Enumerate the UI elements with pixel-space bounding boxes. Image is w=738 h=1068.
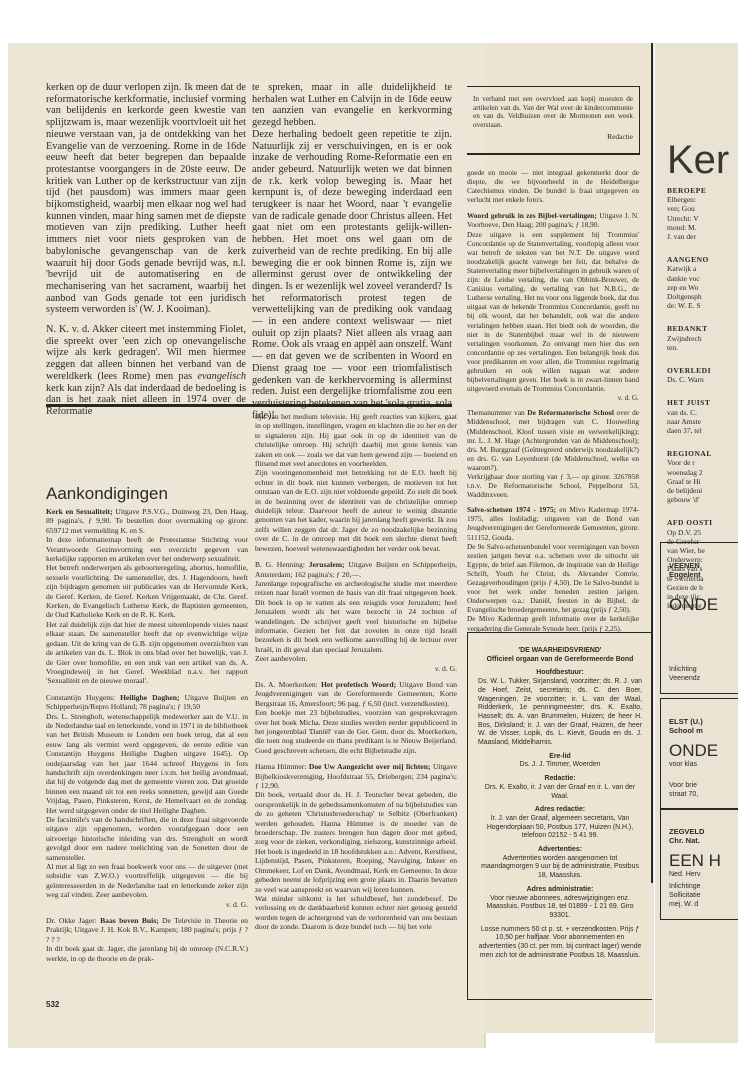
announcement-entry: Themanummer van De Reformatorische Schoo… [467, 408, 639, 499]
right-page-entry: AANGENOKatwijk adankte voczep en WoDoltg… [667, 255, 738, 310]
article-paragraph-3: te spreken, maar in alle duidelijkheid t… [252, 82, 452, 129]
job-ad-box: VEENENEngelentONDEInlichtingVeenendz [660, 542, 738, 694]
announcement-title: Jerusalem; [309, 560, 345, 569]
job-ad-footer-line: Voor brie [669, 781, 698, 790]
announcement-author: Hanna Hümmer: [255, 762, 309, 771]
masthead-section: Losse nummers 50 ct p. st. + verzendkost… [478, 926, 642, 961]
right-page-entry-line: naar Amste [667, 417, 738, 426]
article-paragraph-1: kerken op de duur verlopen zijn. Ik meen… [46, 82, 246, 316]
right-page-entry-line: Voor de r [667, 458, 738, 467]
job-ad-box: ELST (U.)School mONDEvoor klasVoor bries… [660, 698, 738, 810]
right-page-entry: BEROEPEElbergen:ven; GouUtrecht: Vmond: … [667, 186, 738, 241]
right-page-entry-title: OVERLEDI [667, 366, 738, 375]
right-page-entry-line: ven; Gou [667, 204, 738, 213]
masthead-section-text: Ds. J. J. Timmer, Woerden [478, 761, 642, 770]
announcement-body: De 9e Salvo-schetsenbundel voor verenigi… [467, 542, 639, 615]
notice-box: In verband met een overvloed aan kopij m… [467, 86, 640, 155]
right-page-entry-line: gebouw 'd' [667, 495, 738, 504]
masthead-title: 'DE WAARHEIDSVRIEND' [478, 647, 642, 656]
masthead-section: Redactie:Drs. K. Exalto, ir. J van der G… [478, 775, 642, 801]
announcement-entry: Woord gebruik in zes Bijbel-vertalingen;… [467, 211, 639, 402]
article-column-1: kerken op de duur verlopen zijn. Ik meen… [46, 82, 246, 418]
section-heading: Aankondigingen [46, 484, 168, 504]
right-page-entry-title: AANGENO [667, 255, 738, 264]
announcement-title: Woord gebruik in zes Bijbel-vertalingen; [467, 211, 597, 220]
announcement-entry: Constantijn Huygens: Heilighe Daghen; Ui… [46, 693, 248, 909]
announcement-title: Doe Uw Aangezicht over mij lichten; [309, 762, 431, 771]
announcement-header: Ds. A. Moerkerken: Het profetisch Woord;… [255, 680, 457, 708]
announcement-header: Woord gebruik in zes Bijbel-vertalingen;… [467, 211, 639, 229]
announcement-title: Het profetisch Woord; [321, 680, 396, 689]
announcement-author: B. G. Henning: [255, 560, 309, 569]
announcement-title: Heilighe Daghen; [120, 693, 179, 702]
right-page-heading: Ker [667, 138, 729, 183]
announcement-title: Salvo-schetsen 1974 - 1975; [467, 505, 556, 514]
masthead-section: Ere-lidDs. J. J. Timmer, Woerden [478, 753, 642, 770]
announcements-column-3: goede en mooie — niet integraal gekenmer… [467, 168, 639, 633]
job-ad-place: ZEGVELD [669, 827, 704, 836]
job-ad-footer: Voor briestraat 70, [669, 781, 698, 799]
job-ad-footer: InlichtingeSollicitatiemej. W. d [669, 882, 701, 909]
announcement-title: Baas boven Buis; [100, 916, 159, 925]
announcement-body: Al met al ligt zo een fraai boekwerk voo… [46, 862, 248, 900]
announcement-title: De Reformatorische School [527, 408, 614, 417]
right-page-entry-line: Elbergen: [667, 195, 738, 204]
job-ad-headline: EEN H [669, 851, 721, 871]
masthead-section-text: Advertenties worden aangenomen tot maand… [478, 855, 642, 881]
announcement-body: De Mivo Kadermap geeft informatie over d… [467, 614, 639, 632]
announcement-author: Ds. A. Moerkerken: [255, 680, 321, 689]
right-page-entry-line: Katwijk a [667, 264, 738, 273]
article-paragraph-4: Deze herhaling bedoelt geen repetitie te… [252, 129, 452, 422]
right-page-entry-line: daen 37, tel [667, 426, 738, 435]
announcements-column-1: Kerk en Sexualiteit; Uitgave P.S.V.G., D… [46, 507, 248, 963]
job-ad-headline: ONDE [669, 595, 718, 615]
announcement-entry: Ds. A. Moerkerken: Het profetisch Woord;… [255, 680, 457, 755]
right-page-entry-title: HET JUIST [667, 398, 738, 407]
announcement-entry: tijk van het medium televisie. Hij geeft… [255, 412, 457, 553]
right-page-entry-line: zep en Wo [667, 283, 738, 292]
notice-text: In verband met een overvloed aan kopij m… [473, 95, 633, 129]
masthead-section-text: Ir. J. van der Graaf, algemeen secretari… [478, 815, 642, 841]
right-page-entry-line: Doltgensph [667, 292, 738, 301]
masthead-section-text: Losse nummers 50 ct p. st. + verzendkost… [478, 926, 642, 961]
right-page-entry-line: van ds. C. [667, 408, 738, 417]
announcement-body: Verkrijgbaar door storting van ƒ 3,— op … [467, 472, 639, 499]
right-page-entry-line: Ds. C. Warn [667, 375, 738, 384]
announcement-body: Het betreft onderwerpen als geboorterege… [46, 563, 248, 619]
column-3-continuation: goede en mooie — niet integraal gekenmer… [467, 168, 639, 204]
announcement-entry: B. G. Henning: Jerusalem; Uitgave Buijte… [255, 560, 457, 673]
announcement-header: Themanummer van De Reformatorische Schoo… [467, 408, 639, 472]
right-page-entry: HET JUISTvan ds. C.naar Amstedaen 37, te… [667, 398, 738, 435]
announcement-body: In dit boek gaat dr. Jager, die jarenlan… [46, 944, 248, 963]
masthead-section: Adres administratie:Voor nieuwe abonnees… [478, 886, 642, 921]
announcement-body: In deze informatiemap heeft de Protestan… [46, 535, 248, 563]
masthead-section: Adres redactie:Ir. J. van der Graaf, alg… [478, 806, 642, 841]
right-page-entry-line: de belijdeni [667, 486, 738, 495]
right-page-entry-line: Zwijndrech [667, 334, 738, 343]
announcements-column-2: tijk van het medium televisie. Hij geeft… [255, 412, 457, 932]
announcement-header: B. G. Henning: Jerusalem; Uitgave Buijte… [255, 560, 457, 579]
right-page-entry-line: woensdag 2 [667, 468, 738, 477]
announcement-header: Hanna Hümmer: Doe Uw Aangezicht over mij… [255, 762, 457, 790]
job-ad-footer-line: Veenendz [669, 674, 700, 683]
job-ad-place: ELST (U.) [669, 717, 703, 726]
announcement-details: over de Middenschool, met bijdragen van … [467, 408, 639, 472]
right-page-entry: OVERLEDIDs. C. Warn [667, 366, 738, 384]
announcement-body: Deze uitgave is een supplement bij Tromm… [467, 230, 639, 394]
announcement-title: Kerk en Sexualiteit; [46, 507, 113, 516]
job-ad-sub: Chr. Nat. [669, 836, 700, 845]
announcement-header: Kerk en Sexualiteit; Uitgave P.S.V.G., D… [46, 507, 248, 535]
announcement-header: Salvo-schetsen 1974 - 1975; en Mivo Kade… [467, 505, 639, 541]
announcement-entry: Salvo-schetsen 1974 - 1975; en Mivo Kade… [467, 505, 639, 632]
announcement-entry: Dr. Okke Jager: Baas boven Buis; De Tele… [46, 916, 248, 963]
announcement-author: Constantijn Huygens: [46, 693, 120, 702]
masthead-section-heading: Advertenties: [478, 846, 642, 855]
masthead-section-heading: Hoofdbestuur: [478, 669, 642, 678]
right-page-entry: REGIONALVoor de rwoensdag 2Graaf te Hide… [667, 449, 738, 504]
announcement-body: Een boekje met 23 bijbelstudies, voorzie… [255, 708, 457, 755]
job-ad-place: VEENEN [669, 561, 700, 570]
announcement-body: Het zal duidelijk zijn dat hier de meest… [46, 620, 248, 686]
job-ad-extra: Ned. Herv [669, 871, 701, 878]
masthead-section-text: Ds. W. L. Tukker, Sirjansland, voorzitte… [478, 678, 642, 748]
announcement-entry: Hanna Hümmer: Doe Uw Aangezicht over mij… [255, 762, 457, 931]
right-page-entry-title: AFD OOSTI [667, 518, 738, 527]
right-page-entry-line: Op D.V. 25 [667, 528, 738, 537]
job-ad-footer-line: Inlichtinge [669, 882, 701, 891]
masthead-section: Hoofdbestuur:Ds. W. L. Tukker, Sirjansla… [478, 669, 642, 747]
announcement-body: Zeer aanbevolen. [255, 654, 457, 663]
announcement-entry: Kerk en Sexualiteit; Uitgave P.S.V.G., D… [46, 507, 248, 686]
announcement-header: Constantijn Huygens: Heilighe Daghen; Ui… [46, 693, 248, 712]
announcement-body: De facsimile's van de handschriften, die… [46, 815, 248, 862]
announcement-signature: v. d. G. [46, 900, 248, 909]
masthead-section-heading: Redactie: [478, 775, 642, 784]
right-page-entry-line: mond: M. [667, 223, 738, 232]
right-page-entry-line: J. van der [667, 232, 738, 241]
masthead-section-heading: Ere-lid [478, 753, 642, 762]
article-column-2: te spreken, maar in alle duidelijkheid t… [252, 82, 452, 421]
job-ad-box: ZEGVELDChr. Nat.EEN HNed. HervInlichting… [660, 808, 738, 920]
page-number: 532 [46, 1000, 59, 1009]
announcement-body: Wat minder uitkomt is het schuldbesef, h… [255, 894, 457, 932]
right-page-entry-title: REGIONAL [667, 449, 738, 458]
right-page-entry-line: ten. [667, 343, 738, 352]
announcement-body: Jarenlange topografische en archeologisc… [255, 579, 457, 654]
announcement-author: Dr. Okke Jager: [46, 916, 100, 925]
job-ad-footer-line: mej. W. d [669, 900, 701, 909]
job-ad-footer-line: Sollicitatie [669, 891, 701, 900]
right-page-entry-title: BEROEPE [667, 186, 738, 195]
announcement-author: Themanummer van [467, 408, 527, 417]
announcement-header: Dr. Okke Jager: Baas boven Buis; De Tele… [46, 916, 248, 944]
announcement-signature: v. d. G. [467, 393, 639, 402]
masthead-section-heading: Adres redactie: [478, 806, 642, 815]
announcement-signature: v. d. G. [255, 664, 457, 673]
job-ad-headline: ONDE [669, 741, 718, 761]
right-page-entry-line: de: W. E. S [667, 301, 738, 310]
article-end-rule [46, 404, 452, 407]
right-page-entry: BEDANKTZwijndrechten. [667, 324, 738, 352]
masthead-content: 'DE WAARHEIDSVRIEND' Officieel orgaan va… [478, 647, 642, 966]
announcement-body: Drs. L. Strengholt, wetenschappelijk med… [46, 712, 248, 815]
masthead-box: 'DE WAARHEIDSVRIEND' Officieel orgaan va… [467, 632, 652, 1000]
announcement-body: Zijn vooringenomenheid met betrekking to… [255, 468, 457, 553]
right-page-entry-title: BEDANKT [667, 324, 738, 333]
job-ad-footer-line: straat 70, [669, 790, 698, 799]
job-ad-footer-line: Inlichting [669, 665, 700, 674]
job-ad-footer: InlichtingVeenendz [669, 665, 700, 683]
notice-signature: Redactie [607, 132, 633, 141]
right-page-entry-line: dankte voc [667, 274, 738, 283]
masthead-subtitle: Officieel orgaan van de Gereformeerde Bo… [478, 656, 642, 665]
masthead-section-heading: Adres administratie: [478, 886, 642, 895]
right-page-entry-line: Utrecht: V [667, 214, 738, 223]
announcement-body: tijk van het medium televisie. Hij geeft… [255, 412, 457, 468]
masthead-section-text: Drs. K. Exalto, ir. J van der Graaf en i… [478, 784, 642, 801]
masthead-section-text: Voor nieuwe abonnees, adreswijzigingen e… [478, 895, 642, 921]
job-ad-sub: Engelent [669, 570, 701, 579]
announcement-body: Dit boek, vertaald door ds. H. J. Teutsc… [255, 790, 457, 893]
job-ad-extra: voor klas [669, 761, 697, 768]
right-page-entry-line: Graaf te Hi [667, 477, 738, 486]
job-ad-sub: School m [669, 726, 703, 735]
masthead-section: Advertenties:Advertenties worden aangeno… [478, 846, 642, 881]
